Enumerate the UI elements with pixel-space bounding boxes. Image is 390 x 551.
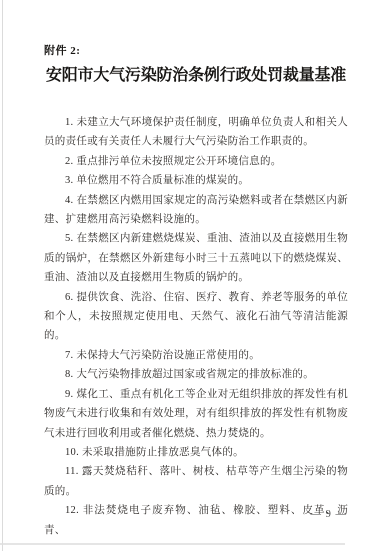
regulation-item-10: 10. 未采取措施防止排放恶臭气体的。 [44,443,348,462]
regulation-item-1: 1. 未建立大气环境保护责任制度，明确单位负责人和相关人员的责任或有关责任人未履… [44,113,348,152]
scan-edge-left [2,0,3,551]
attachment-label: 附件 2: [44,44,348,58]
regulation-item-7: 7. 未保持大气污染防治设施正常使用的。 [44,346,348,365]
page-number: — 9 — [311,509,348,520]
regulation-list: 1. 未建立大气环境保护责任制度，明确单位负责人和相关人员的责任或有关责任人未履… [44,113,348,540]
scan-edge-bottom [0,543,345,545]
regulation-item-4: 4. 在禁燃区内燃用国家规定的高污染燃料或者在禁燃区内新建、扩建燃用高污染燃料设… [44,191,348,230]
regulation-item-3: 3. 单位燃用不符合质量标准的煤炭的。 [44,171,348,190]
page-content: 附件 2: 安阳市大气污染防治条例行政处罚裁量基准 1. 未建立大气环境保护责任… [44,0,348,540]
regulation-item-6: 6. 提供饮食、洗浴、住宿、医疗、教育、养老等服务的单位和个人，未按照规定使用电… [44,288,348,346]
document-title: 安阳市大气污染防治条例行政处罚裁量基准 [44,65,348,87]
scanned-document-page: { "document": { "attachment_label": "附件 … [0,0,390,551]
regulation-item-11: 11. 露天焚烧秸秆、落叶、树枝、枯草等产生烟尘污染的物质的。 [44,462,348,501]
regulation-item-5: 5. 在禁燃区内新建燃烧煤炭、重油、渣油以及直接燃用生物质的锅炉，在禁燃区外新建… [44,229,348,287]
regulation-item-9: 9. 煤化工、重点有机化工等企业对无组织排放的挥发性有机物废气未进行收集和有效处… [44,385,348,443]
regulation-item-2: 2. 重点排污单位未按照规定公开环境信息的。 [44,152,348,171]
regulation-item-12: 12. 非法焚烧电子废弃物、油毡、橡胶、塑料、皮革、沥青、 [44,501,348,540]
regulation-item-8: 8. 大气污染物排放超过国家或省规定的排放标准的。 [44,365,348,384]
